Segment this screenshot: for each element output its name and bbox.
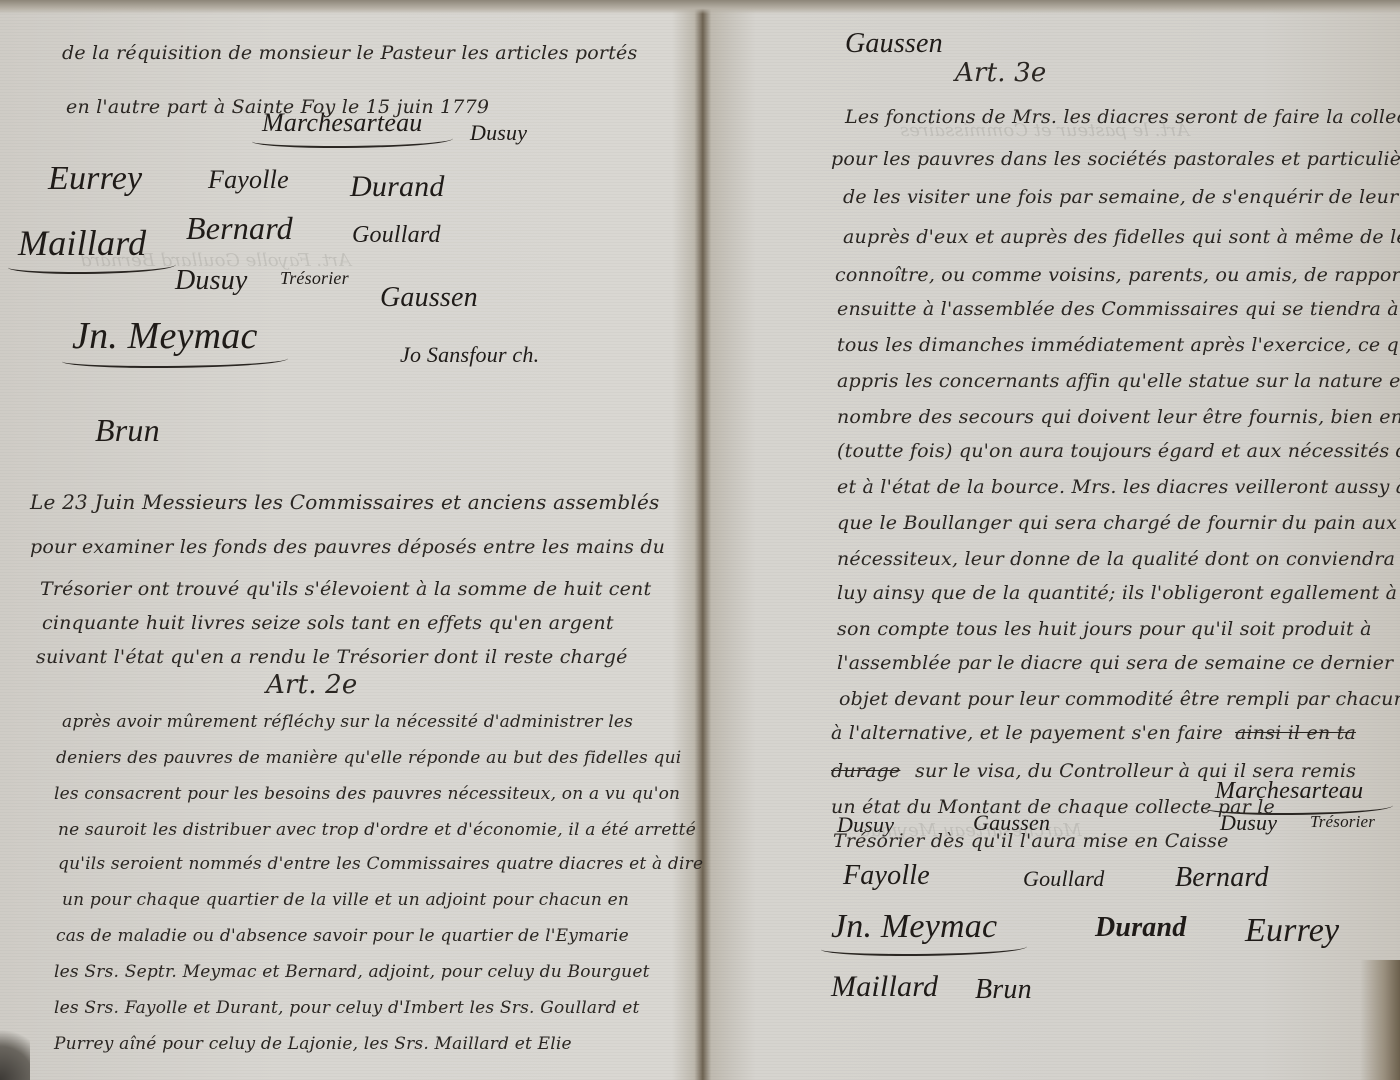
signature-maillard: Maillard (831, 970, 938, 1004)
paragraph-line: les Srs. Septr. Meymac et Bernard, adjoi… (54, 962, 650, 982)
signature-durand: Durand (1095, 912, 1186, 944)
paragraph-line: que le Boullanger qui sera chargé de fou… (837, 512, 1397, 534)
struck-text: ainsi il en ta (1235, 722, 1356, 744)
paragraph-line: pour les pauvres dans les sociétés pasto… (831, 148, 1400, 170)
paragraph-line: suivant l'état qu'en a rendu le Trésorie… (36, 646, 628, 668)
signature-gaussen: Gaussen (380, 282, 478, 314)
manuscript-spread: Art. Fayolle Goullard Bernard Art. le pa… (0, 0, 1400, 1080)
paragraph-line: luy ainsy que de la quantité; ils l'obli… (837, 582, 1400, 604)
paragraph-line: tous les dimanches immédiatement après l… (837, 334, 1400, 356)
signature-fayolle: Fayolle (843, 860, 930, 892)
signature-maillard: Maillard (18, 222, 146, 264)
signature-dusuy-tresorier: Dusuy (1220, 810, 1277, 836)
signature-dusuy: Dusuy (470, 120, 527, 146)
paragraph-line: auprès d'eux et auprès des fidelles qui … (843, 226, 1400, 248)
signature-marchesarteau: Marchesarteau (262, 108, 423, 138)
paragraph-line: objet devant pour leur commodité être re… (839, 688, 1400, 710)
right-page: Gaussen Art. 3e Les fonctions de Mrs. le… (705, 0, 1400, 1080)
signature-goullard: Goullard (1023, 866, 1104, 892)
paragraph-line: cinquante huit livres seize sols tant en… (42, 612, 614, 634)
signature-fayolle: Fayolle (208, 165, 289, 195)
left-page: de la réquisition de monsieur le Pasteur… (0, 0, 695, 1080)
signature-bernard: Bernard (186, 210, 293, 247)
signature-durand: Durand (350, 170, 445, 204)
signature-bernard: Bernard (1175, 862, 1269, 894)
paragraph-line: appris les concernants affin qu'elle sta… (837, 370, 1400, 392)
paragraph-line: nombre des secours qui doivent leur être… (837, 406, 1400, 428)
article-3-heading: Art. 3e (955, 58, 1047, 88)
signature-meymac: Jn. Meymac (72, 314, 258, 358)
signature-brun: Brun (95, 412, 160, 449)
paragraph-line: à l'alternative, et le payement s'en fai… (831, 722, 1223, 744)
paragraph-line: après avoir mûrement réfléchy sur la néc… (62, 712, 633, 732)
signature-eurrey: Eurrey (1245, 912, 1339, 950)
paragraph-line: (toutte fois) qu'on aura toujours égard … (837, 440, 1400, 462)
paragraph-line: ensuitte à l'assemblée des Commissaires … (837, 298, 1400, 320)
signature-marchesarteau: Marchesarteau (1215, 778, 1363, 805)
paragraph-line: et à l'état de la bource. Mrs. les diacr… (837, 476, 1400, 498)
signature-dusuy-tresorier: Dusuy (175, 265, 248, 297)
signature-gaussen: Gaussen (973, 810, 1050, 836)
paragraph-line: Le 23 Juin Messieurs les Commissaires et… (30, 490, 659, 514)
signature-meymac: Jn. Meymac (831, 908, 997, 946)
paragraph-line: un pour chaque quartier de la ville et u… (62, 890, 629, 910)
signature-brun: Brun (975, 974, 1032, 1006)
paragraph-line: l'assemblée par le diacre qui sera de se… (837, 652, 1393, 674)
paragraph-line: nécessiteux, leur donne de la qualité do… (837, 548, 1400, 570)
article-2-heading: Art. 2e (266, 670, 358, 700)
paragraph-line: pour examiner les fonds des pauvres dépo… (30, 536, 665, 558)
tresorier-label: Trésorier (280, 268, 349, 289)
struck-text: durage (831, 760, 900, 782)
paragraph-line: Purrey aîné pour celuy de Lajonie, les S… (54, 1034, 572, 1054)
continuation-name: Gaussen (845, 28, 943, 60)
paragraph-line: ne sauroit les distribuer avec trop d'or… (58, 820, 696, 840)
paragraph-line: Les fonctions de Mrs. les diacres seront… (845, 106, 1400, 128)
tresorier-label: Trésorier (1310, 812, 1375, 832)
paragraph-line: cas de maladie ou d'absence savoir pour … (56, 926, 629, 946)
paragraph-line: de les visiter une fois par semaine, de … (843, 186, 1400, 208)
signature-eurrey: Eurrey (48, 160, 142, 198)
paragraph-line: Trésorier ont trouvé qu'ils s'élevoient … (40, 578, 651, 600)
paragraph-line: les consacrent pour les besoins des pauv… (54, 784, 680, 804)
signature-sansfour: Jo Sansfour ch. (400, 342, 539, 368)
paragraph-line: deniers des pauvres de manière qu'elle r… (56, 748, 681, 768)
signature-goullard: Goullard (352, 222, 441, 249)
paragraph-line: connoître, ou comme voisins, parents, ou… (835, 264, 1400, 286)
paragraph-line: son compte tous les huit jours pour qu'i… (837, 618, 1372, 640)
paragraph-line: les Srs. Fayolle et Durant, pour celuy d… (54, 998, 639, 1018)
signature-dusuy: Dusuy (837, 812, 894, 838)
paragraph-line: qu'ils seroient nommés d'entre les Commi… (58, 854, 703, 874)
opening-line: de la réquisition de monsieur le Pasteur… (62, 42, 637, 64)
